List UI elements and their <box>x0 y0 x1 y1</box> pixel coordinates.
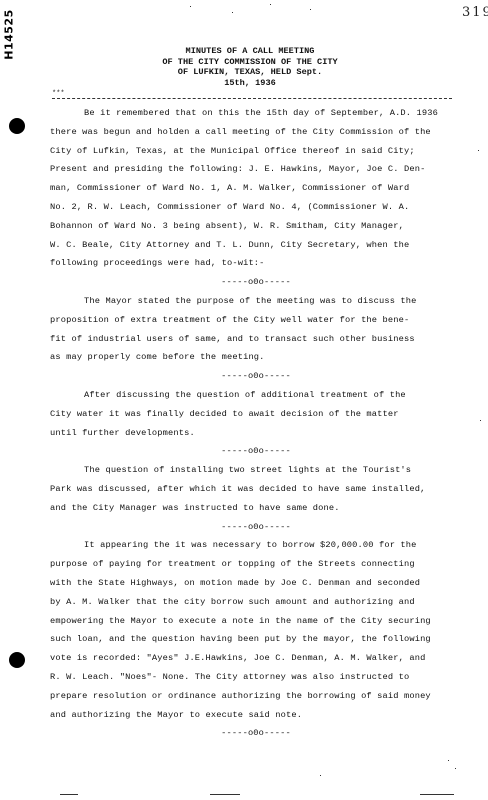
document-body: Be it remembered that on this the 15th d… <box>50 104 462 743</box>
text-line: vote is recorded: "Ayes" J.E.Hawkins, Jo… <box>50 649 462 668</box>
header-mark: *** <box>52 90 65 98</box>
section-separator: -----o0o----- <box>50 367 462 386</box>
text-line: The question of installing two street li… <box>50 461 462 480</box>
scan-speckle <box>210 794 240 795</box>
scan-speckle <box>448 760 449 761</box>
text-line: City of Lufkin, Texas, at the Municipal … <box>50 142 462 161</box>
text-line: Park was discussed, after which it was d… <box>50 480 462 499</box>
text-line: Present and presiding the following: J. … <box>50 160 462 179</box>
scan-speckle <box>232 12 233 13</box>
text-line: until further developments. <box>50 424 462 443</box>
paragraph-street-lights: The question of installing two street li… <box>50 461 462 517</box>
text-line: with the State Highways, on motion made … <box>50 574 462 593</box>
text-line: After discussing the question of additio… <box>50 386 462 405</box>
text-line: man, Commissioner of Ward No. 1, A. M. W… <box>50 179 462 198</box>
text-line: The Mayor stated the purpose of the meet… <box>50 292 462 311</box>
text-line: and the City Manager was instructed to h… <box>50 499 462 518</box>
text-line: by A. M. Walker that the city borrow suc… <box>50 593 462 612</box>
scan-speckle <box>455 768 456 769</box>
section-separator: -----o0o----- <box>50 442 462 461</box>
text-line: fit of industrial users of same, and to … <box>50 330 462 349</box>
scanned-document-page: H14525 319 MINUTES OF A CALL MEETING OF … <box>0 0 488 800</box>
header-divider <box>52 98 452 99</box>
text-line: Bohannon of Ward No. 3 being absent), W.… <box>50 217 462 236</box>
section-separator: -----o0o----- <box>50 724 462 743</box>
section-separator: -----o0o----- <box>50 273 462 292</box>
text-line: W. C. Beale, City Attorney and T. L. Dun… <box>50 236 462 255</box>
paragraph-opening: Be it remembered that on this the 15th d… <box>50 104 462 273</box>
text-line: such loan, and the question having been … <box>50 630 462 649</box>
paragraph-purpose: The Mayor stated the purpose of the meet… <box>50 292 462 367</box>
text-line: prepare resolution or ordinance authoriz… <box>50 687 462 706</box>
punch-hole-icon <box>9 652 25 668</box>
document-stamp-number: H14525 <box>2 8 16 60</box>
paragraph-water-treatment: After discussing the question of additio… <box>50 386 462 442</box>
text-line: following proceedings were had, to-wit:- <box>50 254 462 273</box>
scan-speckle <box>480 420 481 421</box>
text-line: there was begun and holden a call meetin… <box>50 123 462 142</box>
scan-speckle <box>420 794 454 795</box>
document-title: MINUTES OF A CALL MEETING OF THE CITY CO… <box>140 46 360 88</box>
scan-speckle <box>270 4 271 5</box>
paragraph-borrowing: It appearing the it was necessary to bor… <box>50 536 462 724</box>
section-separator: -----o0o----- <box>50 518 462 537</box>
scan-speckle <box>310 9 311 10</box>
text-line: Be it remembered that on this the 15th d… <box>50 104 462 123</box>
text-line: empowering the Mayor to execute a note i… <box>50 612 462 631</box>
title-line: MINUTES OF A CALL MEETING <box>140 46 360 57</box>
text-line: and authorizing the Mayor to execute sai… <box>50 706 462 725</box>
stamp-number-text: H14525 <box>3 9 16 59</box>
text-line: proposition of extra treatment of the Ci… <box>50 311 462 330</box>
punch-hole-icon <box>9 118 25 134</box>
scan-speckle <box>60 794 78 795</box>
title-line: OF LUFKIN, TEXAS, HELD Sept. <box>140 67 360 78</box>
title-line: 15th, 1936 <box>140 78 360 89</box>
text-line: R. W. Leach. "Noes"- None. The City atto… <box>50 668 462 687</box>
text-line: No. 2, R. W. Leach, Commissioner of Ward… <box>50 198 462 217</box>
text-line: purpose of paying for treatment or toppi… <box>50 555 462 574</box>
text-line: It appearing the it was necessary to bor… <box>50 536 462 555</box>
handwritten-page-number: 319 <box>462 5 488 20</box>
title-line: OF THE CITY COMMISSION OF THE CITY <box>140 57 360 68</box>
text-line: as may properly come before the meeting. <box>50 348 462 367</box>
text-line: City water it was finally decided to awa… <box>50 405 462 424</box>
scan-speckle <box>478 150 479 151</box>
scan-speckle <box>320 775 321 776</box>
scan-speckle <box>190 6 191 7</box>
